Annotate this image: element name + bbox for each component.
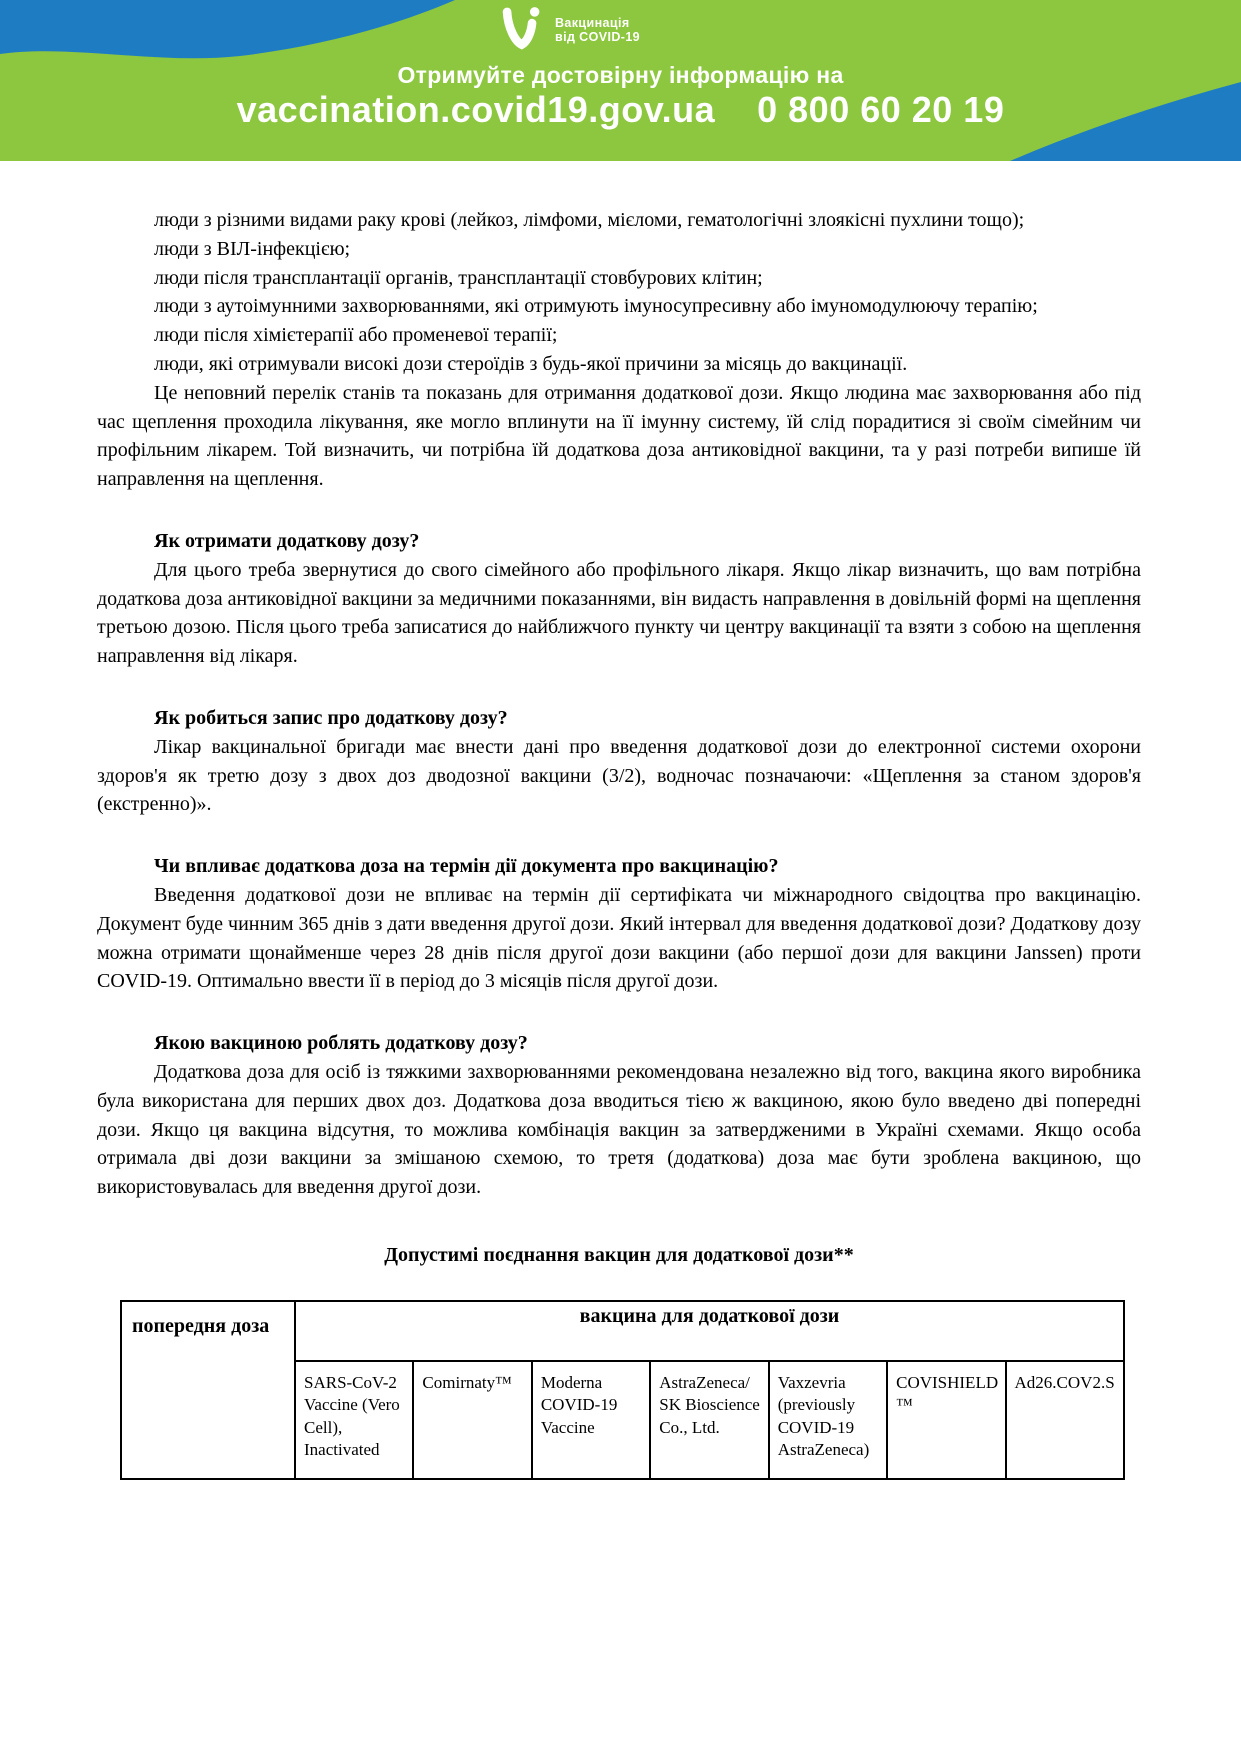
intro-paragraph: Це неповний перелік станів та показань д… [97,379,1141,494]
group-header-cell: вакцина для додаткової дози [295,1301,1124,1361]
row-header-cell: попередня доза [121,1301,295,1479]
column-header-cell: COVISHIELD™ [887,1361,1005,1479]
list-item: люди після трансплантації органів, транс… [97,264,1141,293]
logo-text-line1: Вакцинація [555,16,640,30]
section-paragraph: Додаткова доза для осіб із тяжкими захво… [97,1058,1141,1202]
website-url: vaccination.covid19.gov.ua [237,89,716,130]
document-body: люди з різними видами раку крові (лейкоз… [0,161,1241,1480]
section-paragraph: Для цього треба звернутися до свого сіме… [97,556,1141,671]
section-heading: Як робиться запис про додаткову дозу? [97,704,1141,733]
list-item: люди з аутоімунними захворюваннями, які … [97,292,1141,321]
column-header-cell: SARS-CoV-2 Vaccine (Vero Cell), Inactiva… [295,1361,413,1479]
vaccine-combination-table: попередня доза вакцина для додаткової до… [120,1300,1125,1480]
banner: Вакцинація від COVID-19 Отримуйте достов… [0,0,1241,161]
section-heading: Чи впливає додаткова доза на термін дії … [97,852,1141,881]
v-check-icon [494,5,546,55]
section-heading: Якою вакциною роблять додаткову дозу? [97,1029,1141,1058]
list-item: люди з різними видами раку крові (лейкоз… [97,206,1141,235]
table-row: попередня доза вакцина для додаткової до… [121,1301,1124,1361]
column-header-cell: Moderna COVID-19 Vaccine [532,1361,650,1479]
column-header-cell: Ad26.COV2.S [1006,1361,1124,1479]
document-page: Вакцинація від COVID-19 Отримуйте достов… [0,0,1241,1754]
column-header-cell: Comirnaty™ [413,1361,531,1479]
list-item: люди з ВІЛ-інфекцією; [97,235,1141,264]
column-header-cell: Vaxzevria (previously COVID-19 AstraZene… [769,1361,887,1479]
logo-text: Вакцинація від COVID-19 [555,16,640,44]
section-heading: Як отримати додаткову дозу? [97,527,1141,556]
banner-tagline: Отримуйте достовірну інформацію на [0,62,1241,89]
section-paragraph: Введення додаткової дози не впливає на т… [97,881,1141,996]
logo: Вакцинація від COVID-19 [494,5,640,55]
column-header-cell: AstraZeneca/ SK Bioscience Co., Ltd. [650,1361,768,1479]
logo-text-line2: від COVID-19 [555,30,640,44]
list-item: люди після хімієтерапії або променевої т… [97,321,1141,350]
table-title: Допустимі поєднання вакцин для додатково… [97,1241,1141,1270]
section-paragraph: Лікар вакцинальної бригади має внести да… [97,733,1141,819]
banner-url-line: vaccination.covid19.gov.ua0 800 60 20 19 [0,89,1241,131]
hotline-phone: 0 800 60 20 19 [757,89,1004,130]
list-item: люди, які отримували високі дози стероїд… [97,350,1141,379]
